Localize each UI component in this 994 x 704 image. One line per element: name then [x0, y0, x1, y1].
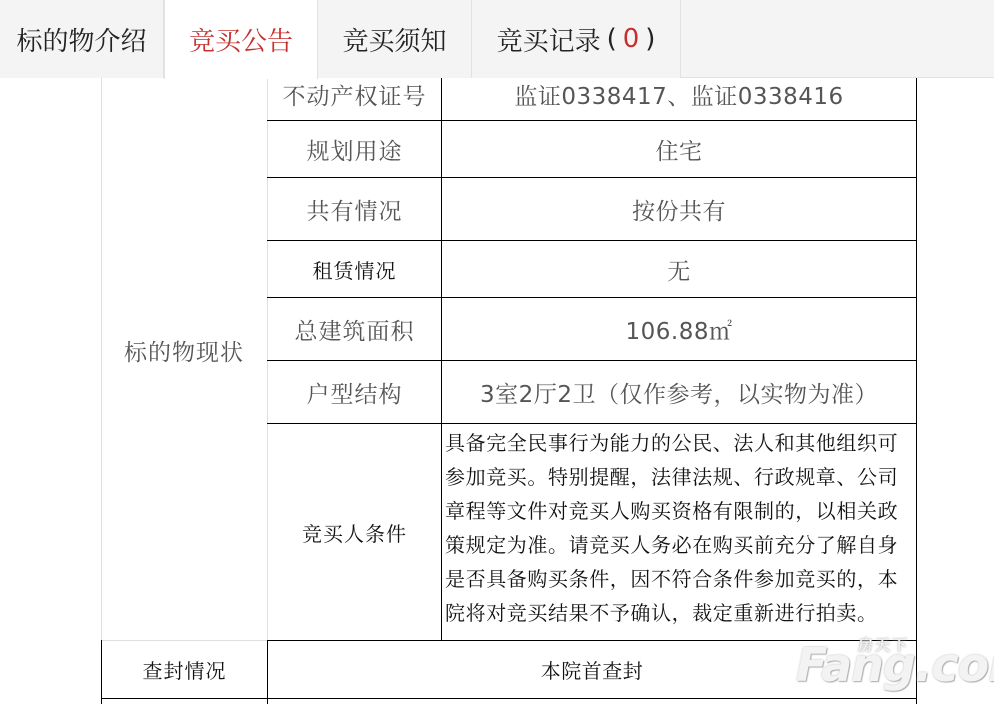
- row-value-layout: 3室2厅2卫（仅作参考，以实物为准）: [442, 361, 916, 423]
- tab-bar: 标的物介绍 竞买公告 竞买须知 竞买记录 ( 0 ): [0, 0, 994, 78]
- tab-label: 竞买记录: [497, 21, 601, 58]
- group-label: 标的物现状: [124, 334, 244, 367]
- ownership-label: 共有情况: [307, 193, 403, 226]
- row-label-usage: 规划用途: [268, 121, 441, 177]
- grid-line: [267, 423, 917, 424]
- cert-value: 监证0338417、监证0338416: [514, 78, 843, 111]
- row-label-layout: 户型结构: [268, 361, 441, 423]
- cert-label: 不动产权证号: [283, 78, 427, 111]
- row-label-seal: 查封情况: [102, 641, 267, 698]
- tab-label: 竞买须知: [342, 21, 446, 58]
- grid-line: [267, 360, 917, 361]
- row-value-lease: 无: [442, 241, 916, 297]
- grid-line: [441, 78, 442, 640]
- tab-item-intro[interactable]: 标的物介绍: [0, 0, 164, 78]
- grid-line: [101, 698, 917, 699]
- layout-value: 3室2厅2卫（仅作参考，以实物为准）: [480, 376, 878, 409]
- record-count-badge: 0: [623, 24, 640, 54]
- usage-label: 规划用途: [307, 133, 403, 166]
- grid-line: [267, 640, 917, 641]
- tab-announcement[interactable]: 竞买公告: [164, 0, 318, 79]
- row-value-ownership: 按份共有: [442, 178, 916, 240]
- grid-line: [916, 78, 917, 704]
- seal-label: 查封情况: [143, 655, 227, 684]
- grid-line: [101, 640, 102, 704]
- grid-line: [267, 177, 917, 178]
- lease-label: 租赁情况: [313, 255, 397, 284]
- lease-value: 无: [667, 253, 691, 286]
- grid-line: [267, 640, 268, 704]
- layout-label: 户型结构: [307, 376, 403, 409]
- grid-line: [101, 640, 267, 641]
- bidder-label: 竞买人条件: [302, 518, 407, 547]
- bidder-conditions-text: 具备完全民事行为能力的公民、法人和其他组织可参加竞买。特别提醒，法律法规、行政规…: [445, 426, 912, 630]
- row-label-bidder: 竞买人条件: [268, 424, 441, 640]
- row-value-bidder: 具备完全民事行为能力的公民、法人和其他组织可参加竞买。特别提醒，法律法规、行政规…: [442, 424, 916, 640]
- row-label-area: 总建筑面积: [268, 298, 441, 360]
- count-close-paren: ): [645, 24, 655, 54]
- usage-value: 住宅: [656, 133, 703, 166]
- ownership-value: 按份共有: [632, 193, 726, 226]
- group-label-cell: 标的物现状: [101, 60, 267, 640]
- tab-label: 竞买公告: [189, 21, 293, 58]
- grid-line: [267, 297, 917, 298]
- area-value: 106.88㎡: [626, 313, 733, 346]
- tab-notice[interactable]: 竞买须知: [318, 0, 472, 78]
- count-open-paren: (: [607, 24, 617, 54]
- row-value-usage: 住宅: [442, 121, 916, 177]
- grid-line: [267, 240, 917, 241]
- seal-value: 本院首查封: [541, 655, 644, 684]
- row-label-ownership: 共有情况: [268, 178, 441, 240]
- tab-records[interactable]: 竞买记录 ( 0 ): [472, 0, 681, 78]
- row-value-area: 106.88㎡: [442, 298, 916, 360]
- area-label: 总建筑面积: [295, 313, 415, 346]
- tab-label: 标的物介绍: [16, 21, 146, 58]
- row-value-seal: 本院首查封: [268, 641, 916, 698]
- grid-line: [267, 120, 917, 121]
- grid-line: [101, 78, 102, 641]
- row-label-lease: 租赁情况: [268, 241, 441, 297]
